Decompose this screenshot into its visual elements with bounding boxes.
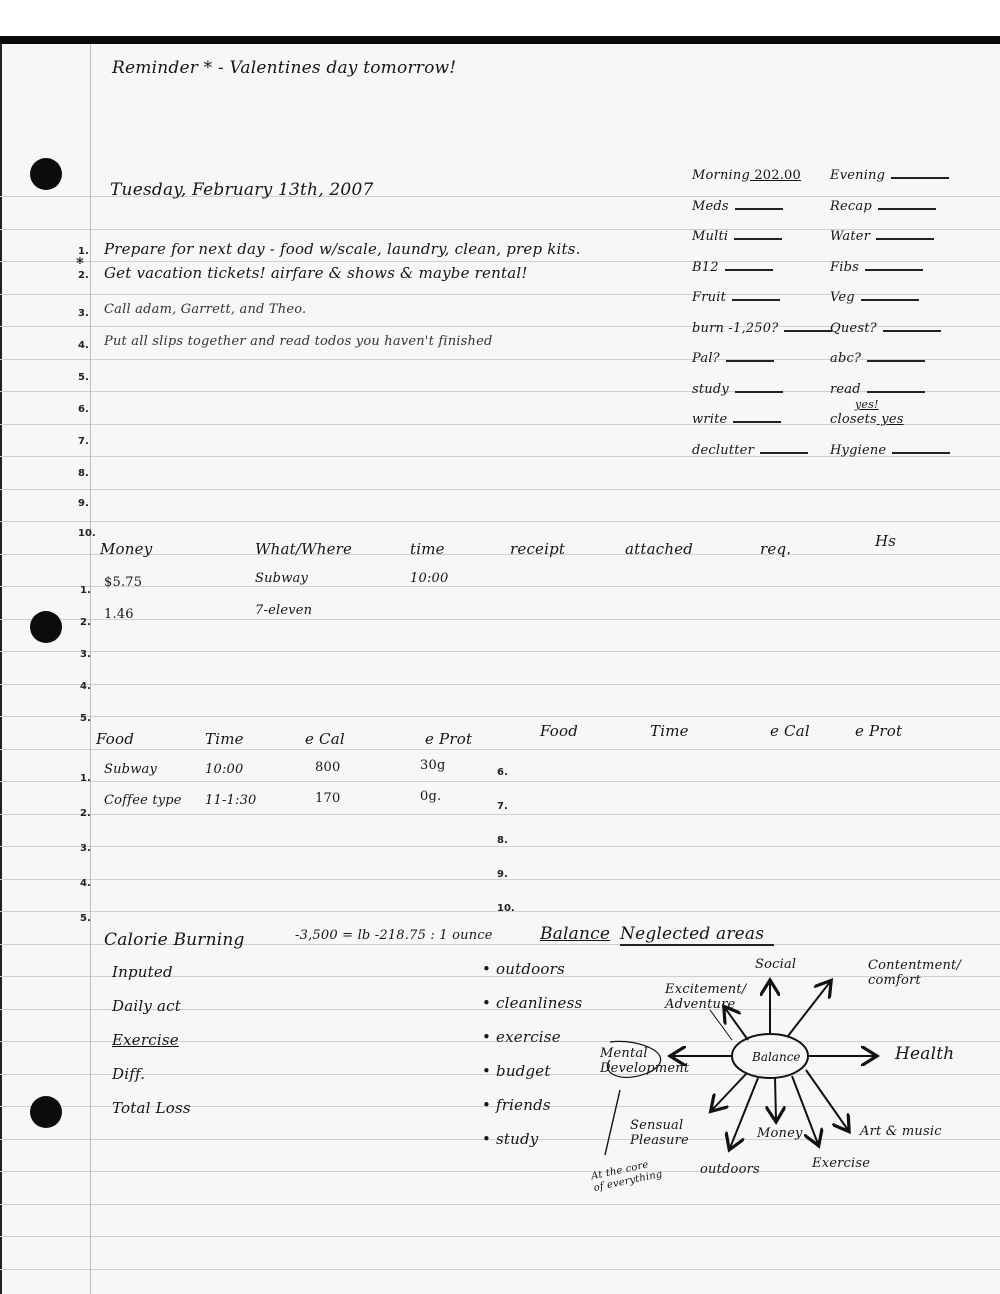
money-time: 10:00 [410, 571, 448, 586]
money-what-where: 7-eleven [255, 603, 312, 618]
neglected-area-item: • cleanliness [482, 994, 582, 1012]
diagram-node-label: Money [757, 1126, 803, 1141]
diagram-node-label: Health [895, 1044, 954, 1064]
calorie-row-label: Inputed [112, 963, 173, 981]
neglected-area-item: • friends [482, 1096, 551, 1114]
ruled-line [0, 684, 1000, 685]
checklist-label: Evening [830, 168, 949, 183]
food-row-number: 6. [497, 767, 508, 778]
calorie-burning-title: Calorie Burning [104, 930, 245, 950]
checklist-label: Fruit [692, 290, 780, 305]
diagram-node-label: Art & music [860, 1124, 970, 1139]
diagram-center-label: Balance [751, 1050, 801, 1064]
food-column-header: Time [205, 730, 244, 748]
checklist-label: study [692, 382, 783, 397]
reminder-note: Reminder * - Valentines day tomorrow! [112, 58, 456, 78]
money-column-header: receipt [510, 540, 565, 558]
food-protein: 30g [420, 758, 445, 773]
checklist-label: Morning 202.00 [692, 168, 801, 183]
ruled-line [0, 781, 1000, 782]
todo-number: 9. [78, 498, 89, 509]
food-column-header: e Prot [425, 730, 472, 748]
money-what-where: Subway [255, 571, 308, 586]
ruled-line [0, 749, 1000, 750]
diagram-node-label: Mental Development [600, 1046, 680, 1076]
ruled-line [0, 1236, 1000, 1237]
food-row-number: 2. [80, 808, 91, 819]
calorie-row-label: Diff. [112, 1065, 145, 1083]
todo-number: 4. [78, 340, 89, 351]
binder-hole [30, 158, 62, 190]
money-row-number: 5. [80, 713, 91, 724]
neglected-area-item: • budget [482, 1062, 551, 1080]
food-row-number: 4. [80, 878, 91, 889]
calorie-row-label: Daily act [112, 997, 181, 1015]
ruled-line [0, 1269, 1000, 1270]
checklist-label: write [692, 412, 781, 427]
diagram-node-label: outdoors [700, 1162, 760, 1177]
todo-number: 6. [78, 404, 89, 415]
neglected-area-item: • study [482, 1130, 538, 1148]
todo-item: Call adam, Garrett, and Theo. [104, 302, 306, 317]
money-column-header: req. [760, 540, 791, 558]
food-calories: 170 [315, 791, 340, 806]
todo-number: 7. [78, 436, 89, 447]
diagram-node-label: Excitement/ Adventure [665, 982, 745, 1012]
checklist-label: read [830, 382, 925, 397]
checklist-note: yes! [855, 398, 879, 411]
checklist-label: Water [830, 229, 934, 244]
margin-line [90, 44, 91, 1294]
money-row-number: 3. [80, 649, 91, 660]
money-column-header: time [410, 540, 445, 558]
food-item: Coffee type [104, 793, 182, 808]
checklist-label: Pal? [692, 351, 774, 366]
todo-number: 2. [78, 270, 89, 281]
money-column-header: Money [100, 540, 152, 558]
checklist-label: Multi [692, 229, 782, 244]
todo-number: 10. [78, 528, 96, 539]
ruled-line [0, 619, 1000, 620]
binder-hole [30, 611, 62, 643]
food-column-header: e Prot [855, 722, 902, 740]
money-row-number: 4. [80, 681, 91, 692]
checklist-label: closets yes [830, 412, 904, 427]
checklist-label: Fibs [830, 260, 923, 275]
checklist-label: Meds [692, 199, 783, 214]
checklist-label: abc? [830, 351, 925, 366]
calorie-row-label: Exercise [112, 1031, 179, 1049]
money-row-number: 2. [80, 617, 91, 628]
checklist-label: Veg [830, 290, 919, 305]
money-column-header: Hs [875, 532, 896, 550]
checklist-label: B12 [692, 260, 773, 275]
checklist-label: Recap [830, 199, 936, 214]
todo-number: 1. [78, 246, 89, 257]
food-time: 11-1:30 [205, 793, 257, 808]
scan-top-border [0, 0, 1000, 44]
food-row-number: 8. [497, 835, 508, 846]
food-row-number: 1. [80, 773, 91, 784]
food-row-number: 10. [497, 903, 515, 914]
food-column-header: Food [540, 722, 578, 740]
food-calories: 800 [315, 760, 340, 775]
ruled-line [0, 521, 1000, 522]
food-column-header: e Cal [770, 722, 810, 740]
neglected-area-item: • outdoors [482, 960, 565, 978]
food-row-number: 9. [497, 869, 508, 880]
checklist-label: burn -1,250? [692, 321, 832, 336]
checklist-label: Hygiene [830, 443, 950, 458]
neglected-areas-heading: Neglected areas [620, 924, 774, 946]
ruled-line [0, 586, 1000, 587]
food-row-number: 3. [80, 843, 91, 854]
ruled-line [0, 814, 1000, 815]
money-row-number: 1. [80, 585, 91, 596]
ruled-line [0, 651, 1000, 652]
food-column-header: Time [650, 722, 689, 740]
food-row-number: 5. [80, 913, 91, 924]
binder-hole [30, 1096, 62, 1128]
checklist-label: Quest? [830, 321, 941, 336]
calorie-row-label: Total Loss [112, 1099, 191, 1117]
todo-number: 5. [78, 372, 89, 383]
money-column-header: What/Where [255, 540, 352, 558]
ruled-line [0, 489, 1000, 490]
money-amount: $5.75 [104, 575, 142, 590]
diagram-node-label: Contentment/ comfort [868, 958, 948, 988]
ruled-line [0, 846, 1000, 847]
todo-number: 3. [78, 308, 89, 319]
money-column-header: attached [625, 540, 693, 558]
money-amount: 1.46 [104, 607, 134, 622]
diagram-node-label: Social [755, 957, 796, 972]
food-protein: 0g. [420, 789, 441, 804]
food-item: Subway [104, 762, 157, 777]
todo-item: Put all slips together and read todos yo… [104, 334, 492, 349]
todo-item: Get vacation tickets! airfare & shows & … [104, 264, 528, 282]
ruled-line [0, 716, 1000, 717]
food-column-header: e Cal [305, 730, 345, 748]
neglected-area-item: • exercise [482, 1028, 561, 1046]
calorie-formula: -3,500 = lb -218.75 : 1 ounce [295, 928, 493, 943]
todo-number: 8. [78, 468, 89, 479]
food-time: 10:00 [205, 762, 243, 777]
food-column-header: Food [96, 730, 134, 748]
diagram-node-label: Exercise [812, 1156, 870, 1171]
diagram-node-label: Sensual Pleasure [630, 1118, 710, 1148]
food-row-number: 7. [497, 801, 508, 812]
page-date: Tuesday, February 13th, 2007 [110, 180, 373, 200]
checklist-label: declutter [692, 443, 808, 458]
todo-item: Prepare for next day - food w/scale, lau… [104, 240, 581, 258]
balance-heading: Balance [540, 924, 610, 944]
